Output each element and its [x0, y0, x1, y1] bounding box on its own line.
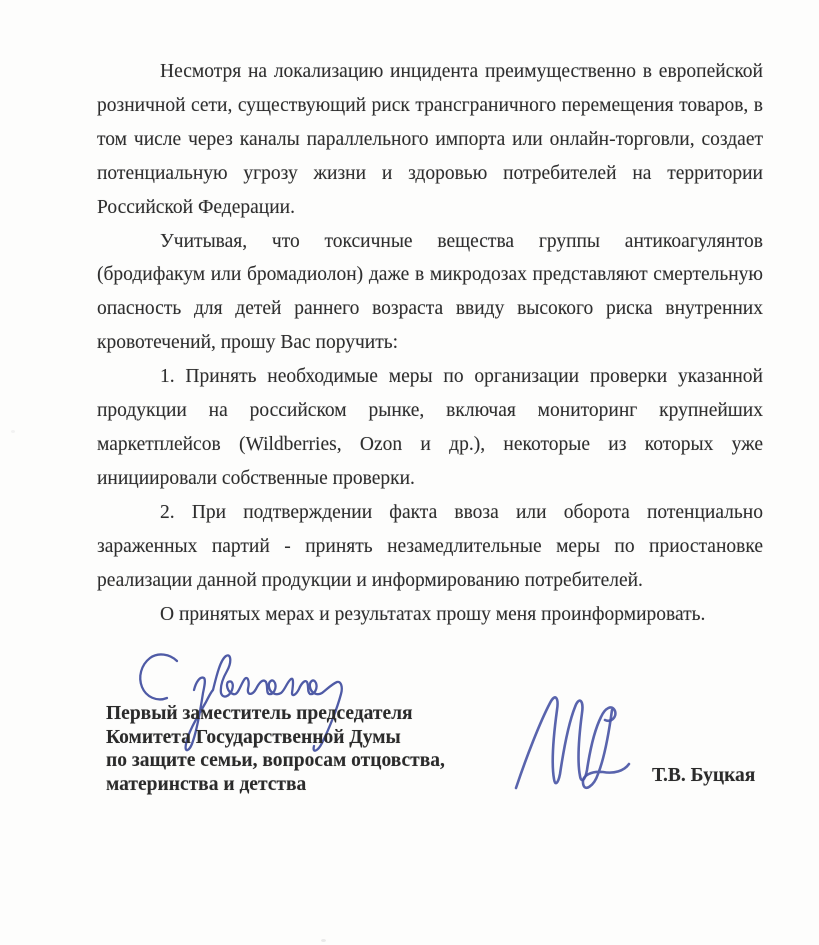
letter-page: Несмотря на локализацию инцидента преиму… [0, 0, 819, 945]
body-paragraph: 2. При подтверждении факта ввоза или обо… [97, 496, 763, 598]
letter-body: Несмотря на локализацию инцидента преиму… [97, 55, 763, 631]
body-paragraph: 1. Принять необходимые меры по организац… [97, 360, 763, 496]
scan-speck [321, 939, 326, 942]
signer-title-line: материнства и детства [106, 773, 445, 797]
handwritten-signature [498, 684, 646, 802]
body-paragraph: Несмотря на локализацию инцидента преиму… [97, 55, 763, 225]
handwriting-stroke [140, 654, 177, 699]
body-paragraph: О принятых мерах и результатах прошу мен… [97, 598, 763, 632]
signer-title-line: Комитета Государственной Думы [106, 726, 445, 750]
signature-stroke [516, 697, 615, 788]
signer-title-line: по защите семьи, вопросам отцовства, [106, 749, 445, 773]
body-paragraph: Учитывая, что токсичные вещества группы … [97, 225, 763, 361]
signer-name: Т.В. Буцкая [652, 765, 755, 787]
signer-title: Первый заместитель председателя Комитета… [106, 702, 445, 796]
signer-title-line: Первый заместитель председателя [106, 702, 445, 726]
scan-speck [11, 430, 15, 433]
